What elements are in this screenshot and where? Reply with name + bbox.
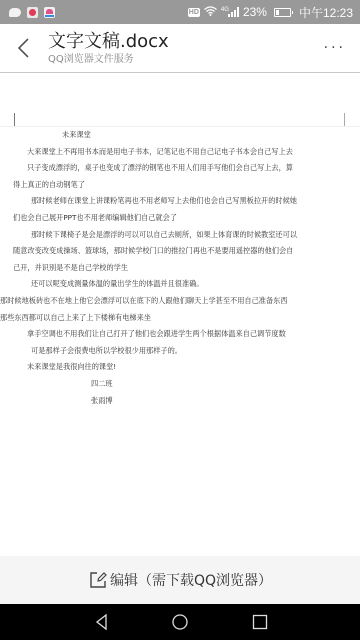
page-margin-mark-right: [344, 113, 345, 126]
doc-class-signature: 四二班: [13, 376, 348, 393]
doc-line: 还可以呢变成测量体温的量出学生的体温并且很准确。: [13, 276, 348, 293]
more-options-button[interactable]: ···: [324, 40, 346, 56]
clock: 中午12:23: [299, 4, 353, 21]
battery-percent: 23%: [243, 5, 267, 19]
document-title: 文字文稿.docx: [48, 31, 169, 53]
chat-bubble-icon: [9, 8, 21, 17]
edit-button[interactable]: 编辑（需下载QQ浏览器）: [0, 556, 360, 604]
doc-line: 大来课堂上不再用书本而是用电子书本，记笔记也不用自己记电子书本会自己写上去: [13, 144, 348, 161]
app-flower-icon: [27, 7, 38, 18]
document-viewer[interactable]: 未来课堂 大来课堂上不再用书本而是用电子书本，记笔记也不用自己记电子书本会自己写…: [0, 73, 360, 555]
nav-back-icon: [92, 612, 112, 632]
app-header: 文字文稿.docx QQ浏览器文件服务 ···: [0, 24, 360, 73]
doc-line: 们也会自己展开PPT也不用老师编辑他们自己就会了: [13, 210, 348, 227]
system-nav-bar: [0, 604, 360, 640]
battery-icon: [274, 8, 291, 17]
nav-back-button[interactable]: [92, 612, 112, 632]
cell-signal-icon: 4G: [221, 7, 239, 17]
doc-line: 拿手空调也不用我们让自己打开了他们也会跟进学生两个根据体温来自己调节度数: [13, 326, 348, 343]
document-source: QQ浏览器文件服务: [48, 54, 134, 66]
doc-line: 己开，并识别是不是自己学校的学生: [13, 260, 348, 277]
nav-recents-icon: [250, 612, 270, 632]
doc-line: 那些东西都可以自己上来了上下楼梯有电梯来坐: [0, 310, 348, 327]
doc-heading: 未来课堂: [13, 127, 348, 144]
nav-recents-button[interactable]: [250, 612, 270, 632]
nav-home-icon: [170, 612, 190, 632]
doc-line: 那时候下课椅子是会是漂浮的可以可以自己去厕所，如果上体育课的时候教室还可以: [13, 227, 348, 244]
edit-pencil-icon: [88, 570, 108, 590]
chevron-left-icon: [14, 36, 34, 60]
hd-voice-icon: HD: [188, 8, 200, 17]
edit-label: 编辑（需下载QQ浏览器）: [110, 570, 272, 590]
notification-icons: [0, 7, 55, 18]
doc-line: 未来课堂是我很向往的课堂!: [13, 359, 348, 376]
doc-line: 随意改变改变成操场、篮球场，那时候学校门口的推拉门再也不是要用遥控器的他们会自: [13, 243, 348, 260]
doc-line: 那时候地板砖也不在地上他它会漂浮可以在底下的人跟他们聊天上学甚至不用自己准备东西: [0, 293, 348, 310]
page-margin-mark-left: [14, 113, 15, 126]
doc-line: 只子变成漂浮的，桌子也变成了漂浮的钢笔也不用人们用手写他们会自己写上去，算: [13, 160, 348, 177]
doc-line: 那时候老师在课堂上讲课粉笔再也不用老师写上去他们也会自己写黑板拉开的时候她: [13, 193, 348, 210]
system-status: HD 4G 23% 中午12:23: [188, 4, 360, 21]
nav-home-button[interactable]: [170, 612, 190, 632]
status-bar: HD 4G 23% 中午12:23: [0, 0, 360, 24]
doc-line: 得上真正的自动钢笔了: [13, 177, 348, 194]
app-tile-icon: [44, 7, 55, 18]
doc-author-signature: 张雨博: [13, 393, 348, 410]
back-button[interactable]: [14, 36, 34, 60]
doc-line: 可是那样子会很费电所以学校很少用那样子的。: [13, 343, 348, 360]
document-body: 未来课堂 大来课堂上不再用书本而是用电子书本，记笔记也不用自己记电子书本会自己写…: [13, 127, 348, 409]
wifi-icon: [204, 6, 217, 19]
